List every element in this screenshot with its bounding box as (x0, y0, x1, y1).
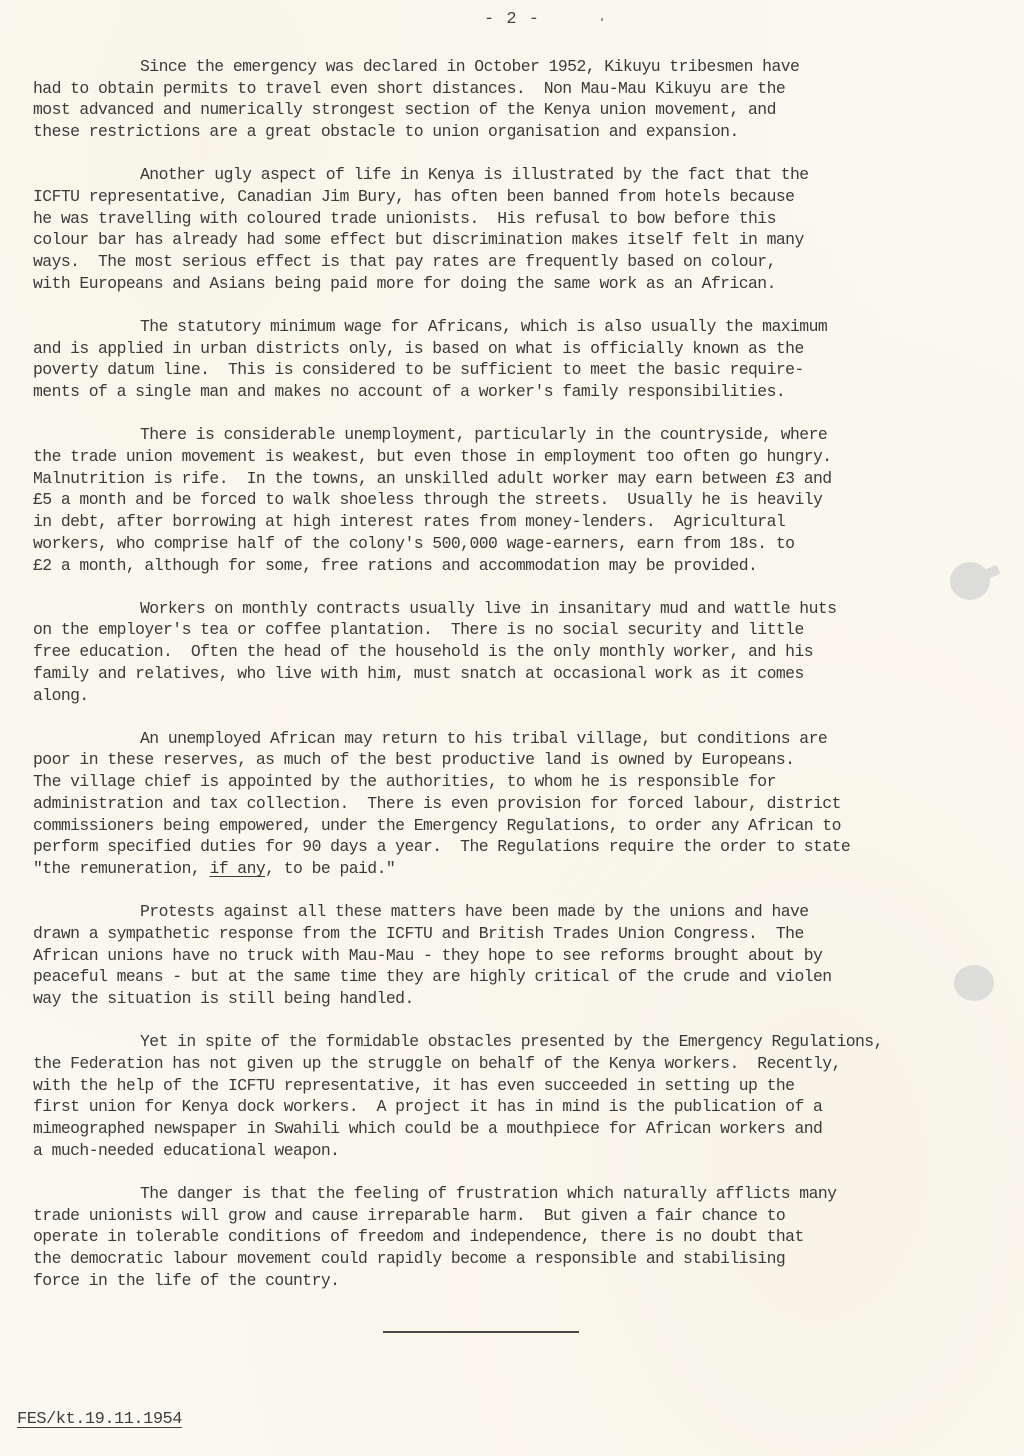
document-page: - 2 - Since the emergency was declared i… (0, 0, 1024, 1456)
text-line: mimeographed newspaper in Swahili which … (33, 1118, 993, 1140)
text-line: a much-needed educational weapon. (33, 1140, 993, 1162)
paragraph-protests: Protests against all these matters have … (33, 901, 993, 1010)
paragraph-danger: The danger is that the feeling of frustr… (33, 1183, 993, 1292)
text-line: and is applied in urban districts only, … (33, 338, 993, 360)
text-line: peaceful means - but at the same time th… (33, 966, 993, 988)
text-line: on the employer's tea or coffee plantati… (33, 619, 993, 641)
text-line: he was travelling with coloured trade un… (33, 208, 993, 230)
paragraph-colour-bar: Another ugly aspect of life in Kenya is … (33, 164, 993, 294)
punch-hole-lower (954, 965, 994, 1001)
text-line: The village chief is appointed by the au… (33, 771, 993, 793)
text-line: "the remuneration, if any, to be paid." (33, 858, 993, 880)
text-line: An unemployed African may return to his … (33, 728, 993, 750)
text-line: Workers on monthly contracts usually liv… (33, 598, 993, 620)
paragraph-federation-struggle: Yet in spite of the formidable obstacles… (33, 1031, 993, 1161)
text-line: workers, who comprise half of the colony… (33, 533, 993, 555)
document-body: Since the emergency was declared in Octo… (33, 56, 993, 1313)
text-line: Since the emergency was declared in Octo… (33, 56, 993, 78)
text-line: with the help of the ICFTU representativ… (33, 1075, 993, 1097)
paragraph-tribal-village: An unemployed African may return to his … (33, 728, 993, 880)
paragraph-minimum-wage: The statutory minimum wage for Africans,… (33, 316, 993, 403)
text-line: in debt, after borrowing at high interes… (33, 511, 993, 533)
paragraph-monthly-contracts: Workers on monthly contracts usually liv… (33, 598, 993, 707)
text-line: free education. Often the head of the ho… (33, 641, 993, 663)
text-line: There is considerable unemployment, part… (33, 424, 993, 446)
text-line: ways. The most serious effect is that pa… (33, 251, 993, 273)
text-line: poverty datum line. This is considered t… (33, 359, 993, 381)
text-line: Yet in spite of the formidable obstacles… (33, 1031, 993, 1053)
text-line: the Federation has not given up the stru… (33, 1053, 993, 1075)
text-line: had to obtain permits to travel even sho… (33, 78, 993, 100)
text-line: Another ugly aspect of life in Kenya is … (33, 164, 993, 186)
underlined-emphasis: if any (209, 859, 265, 878)
punch-hole-upper (950, 562, 990, 600)
text-line: force in the life of the country. (33, 1270, 993, 1292)
paragraph-emergency-permits: Since the emergency was declared in Octo… (33, 56, 993, 143)
text-line: perform specified duties for 90 days a y… (33, 836, 993, 858)
text-line: family and relatives, who live with him,… (33, 663, 993, 685)
text-line: Malnutrition is rife. In the towns, an u… (33, 468, 993, 490)
document-reference: FES/kt.19.11.1954 (17, 1410, 182, 1429)
text-line: first union for Kenya dock workers. A pr… (33, 1096, 993, 1118)
text-line: most advanced and numerically strongest … (33, 99, 993, 121)
text-line: the democratic labour movement could rap… (33, 1248, 993, 1270)
text-line: with Europeans and Asians being paid mor… (33, 273, 993, 295)
text-line: African unions have no truck with Mau-Ma… (33, 945, 993, 967)
text-line: The danger is that the feeling of frustr… (33, 1183, 993, 1205)
text-line: trade unionists will grow and cause irre… (33, 1205, 993, 1227)
paragraph-unemployment: There is considerable unemployment, part… (33, 424, 993, 576)
text-line: £2 a month, although for some, free rati… (33, 555, 993, 577)
text-line: along. (33, 685, 993, 707)
text-line: drawn a sympathetic response from the IC… (33, 923, 993, 945)
text-line: these restrictions are a great obstacle … (33, 121, 993, 143)
text-line: Protests against all these matters have … (33, 901, 993, 923)
text-line: commissioners being empowered, under the… (33, 815, 993, 837)
text-line: colour bar has already had some effect b… (33, 229, 993, 251)
text-line: way the situation is still being handled… (33, 988, 993, 1010)
closing-rule (383, 1331, 579, 1333)
text-line: administration and tax collection. There… (33, 793, 993, 815)
text-line: ments of a single man and makes no accou… (33, 381, 993, 403)
text-line: the trade union movement is weakest, but… (33, 446, 993, 468)
text-line: operate in tolerable conditions of freed… (33, 1226, 993, 1248)
page-number: - 2 - (0, 10, 1024, 29)
text-line: ICFTU representative, Canadian Jim Bury,… (33, 186, 993, 208)
text-line: £5 a month and be forced to walk shoeles… (33, 489, 993, 511)
text-line: poor in these reserves, as much of the b… (33, 749, 993, 771)
text-line: The statutory minimum wage for Africans,… (33, 316, 993, 338)
